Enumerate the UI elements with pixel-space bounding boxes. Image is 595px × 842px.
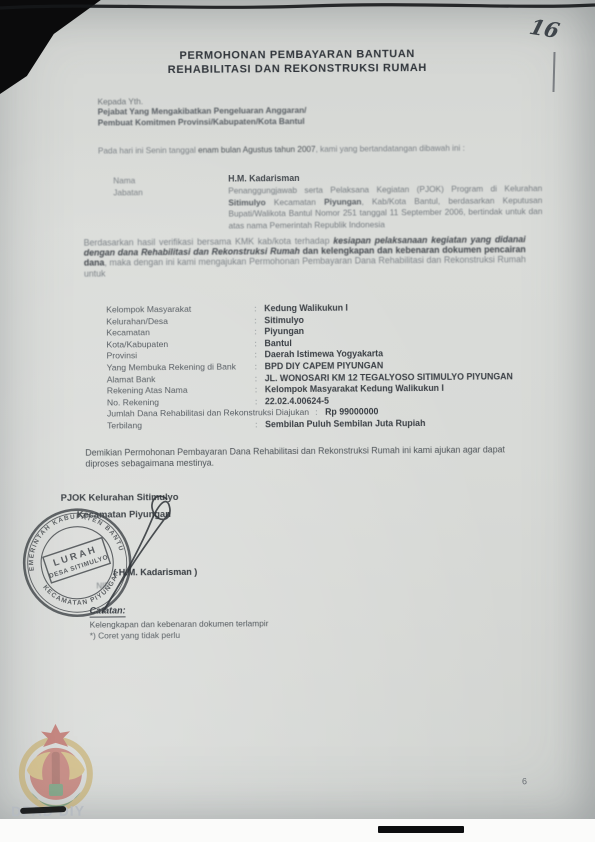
stamp-center-line-1: LURAH — [52, 544, 99, 569]
colon: : — [255, 384, 265, 394]
signatory-name: ( H.M. Kadarisman ) — [113, 567, 197, 578]
colon: : — [254, 338, 264, 348]
colon: : — [255, 373, 265, 383]
detail-value: JL. WONOSARI KM 12 TEGALYOSO SITIMULYO P… — [265, 371, 513, 383]
detail-label: Yang Membuka Rekening di Bank — [107, 361, 255, 372]
colon: : — [255, 350, 265, 360]
opening-seg-2: enam bulan Agustus tahun 2007 — [198, 145, 316, 155]
stamp-center-box: LURAH DESA SITIMULYO — [43, 538, 110, 583]
detail-label: Provinsi — [107, 350, 255, 361]
notes-heading: Catatan: — [90, 605, 126, 617]
detail-value: Sembilan Puluh Sembilan Juta Rupiah — [265, 418, 425, 429]
detail-label: Kelompok Masyarakat — [106, 303, 254, 314]
detail-row-terbilang: Terbilang:Sembilan Puluh Sembilan Juta R… — [107, 417, 547, 432]
colon: : — [254, 315, 264, 325]
stamp-center-line-2: DESA SITIMULYO — [48, 554, 109, 580]
signatory-nip: NIP. — [96, 581, 111, 590]
detail-value: Piyungan — [264, 326, 304, 336]
jabatan-seg-4: Piyungan — [324, 196, 361, 206]
detail-label: Kecamatan — [106, 327, 254, 338]
jabatan-label: Jabatan — [113, 187, 143, 197]
colon: : — [254, 326, 264, 336]
bottom-black-bar — [378, 826, 464, 833]
detail-value: Kedung Walikukun I — [264, 303, 348, 314]
detail-value: Kelompok Masyarakat Kedung Walikukun I — [265, 383, 444, 394]
detail-value: BPD DIY CAPEM PIYUNGAN — [265, 360, 384, 371]
jabatan-seg-2: Sitimulyo — [228, 197, 265, 207]
opening-seg-1: Pada hari ini Senin tanggal — [98, 146, 198, 156]
detail-label: Kelurahan/Desa — [106, 315, 254, 326]
detail-value: 22.02.4.00624-5 — [265, 396, 329, 407]
signature-title-line-1: PJOK Kelurahan Sitimulyo — [61, 492, 179, 503]
signature-title-line-2: Kecamatan Piyungan — [77, 509, 171, 520]
scanned-document-photo: PERMOHONAN PEMBAYARAN BANTUAN REHABILITA… — [0, 0, 595, 842]
jabatan-seg-1: Penanggungjawab serta Pelaksana Kegiatan… — [228, 183, 542, 195]
name-value: H.M. Kadarisman — [228, 173, 299, 184]
detail-value: Bantul — [264, 338, 291, 348]
colon: : — [254, 303, 264, 313]
detail-label: Kota/Kabupaten — [106, 338, 254, 349]
detail-value: Sitimulyo — [264, 315, 304, 325]
jabatan-value: Penanggungjawab serta Pelaksana Kegiatan… — [228, 183, 542, 232]
page-number: 6 — [522, 776, 527, 786]
jabatan-seg-3: Kecamatan — [266, 196, 324, 206]
detail-label: No. Rekening — [107, 396, 255, 407]
colon: : — [315, 407, 325, 417]
colon: : — [255, 419, 265, 429]
recipient-line-2: Pembuat Komitmen Provinsi/Kabupaten/Kota… — [98, 116, 307, 128]
colon: : — [255, 396, 265, 406]
detail-label: Jumlah Dana Rehabilitasi dan Rekonstruks… — [107, 407, 309, 419]
detail-value: Daerah Istimewa Yogyakarta — [265, 349, 384, 360]
details-list: Kelompok Masyarakat:Kedung Walikukun I K… — [106, 301, 547, 432]
name-label: Nama — [113, 175, 135, 185]
verification-paragraph: Berdasarkan hasil verifikasi bersama KMK… — [84, 234, 526, 278]
detail-label: Alamat Bank — [107, 373, 255, 384]
detail-label: Rekening Atas Nama — [107, 384, 255, 395]
closing-paragraph: Demikian Permohonan Pembayaran Dana Reha… — [85, 444, 537, 469]
scan-bottom-margin — [0, 819, 595, 842]
verif-seg-4: , maka dengan ini kami mengajukan Permoh… — [84, 255, 526, 279]
recipient-block: Kepada Yth. Pejabat Yang Mengakibatkan P… — [98, 95, 307, 128]
opening-line: Pada hari ini Senin tanggal enam bulan A… — [98, 144, 465, 156]
document-content: PERMOHONAN PEMBAYARAN BANTUAN REHABILITA… — [0, 0, 595, 822]
notes-line-1: Kelengkapan dan kebenaran dokumen terlam… — [90, 618, 269, 629]
page-edge-line — [0, 0, 595, 16]
document-title: PERMOHONAN PEMBAYARAN BANTUAN REHABILITA… — [0, 47, 595, 79]
notes-line-2: *) Coret yang tidak perlu — [90, 630, 180, 641]
opening-seg-3: , kami yang bertandatangan dibawah ini : — [316, 144, 465, 154]
detail-value: Rp 99000000 — [325, 407, 378, 417]
detail-label: Terbilang — [107, 419, 255, 430]
colon: : — [255, 361, 265, 371]
